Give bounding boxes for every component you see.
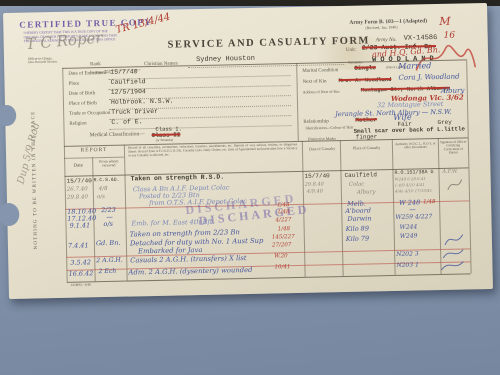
pencil-note: 4/4a 4/10 17/10/41 — [395, 189, 441, 194]
signature-squiggle — [438, 257, 466, 274]
certifying-signature: T C Roper — [25, 30, 103, 53]
report-header: REPORT — [64, 148, 124, 155]
red-folio-number: 1/48 — [423, 200, 435, 206]
row-date: 7.4.41 — [68, 242, 89, 249]
red-folio-number: 10/41 — [274, 265, 290, 271]
nok-handwritten: Cora J. Woodland — [398, 74, 459, 83]
row-place: Kilo 89 — [346, 225, 369, 232]
margin-pencil-note: Dup 5/9 Rod — [17, 122, 43, 186]
row-authority: N202 3 — [396, 251, 419, 258]
red-folio-number: 4/227 — [275, 218, 291, 224]
row-from: 2 Ech — [98, 269, 116, 276]
nok-address-label: Address of Next of Kin — [303, 89, 368, 94]
religion-value: C. of E. — [111, 119, 142, 126]
row-from: Gd. Bn. — [96, 240, 121, 247]
place-label: Place — [69, 82, 80, 87]
red-folio-number: 1/48 — [278, 227, 290, 233]
punch-hole-top — [0, 105, 16, 126]
entry1-place: Caulfield — [344, 172, 377, 179]
marital-handwritten: Married — [398, 62, 431, 71]
pencil-note: 4/8 — [99, 187, 108, 193]
religion-label: Religion — [69, 121, 86, 127]
signature-col-header: Signature of Officer Certifying Correctn… — [439, 140, 468, 154]
row-place: Kilo 79 — [346, 235, 369, 242]
row-authority: — — [409, 207, 416, 214]
entry1-from: R.C.S.&D. — [94, 178, 120, 184]
birth-date-label: Date of Birth — [69, 91, 95, 97]
col-line-5 — [392, 139, 396, 275]
details-divider — [296, 63, 299, 141]
enlistment-date-label: Date of Enlistment — [68, 71, 106, 77]
report-subline — [64, 157, 124, 159]
col-line-4 — [340, 140, 344, 276]
relationship-struck: Mother — [355, 117, 377, 124]
row-report: Casuals 2 A.G.H. (transfers) X list — [130, 255, 246, 265]
cas-date-col-header: Date of Casualty — [304, 147, 340, 152]
distinctive-marks-label: Distinctive Marks — [308, 137, 354, 142]
pencil-note: 1 4/9 4/10 4/41 — [395, 183, 438, 188]
pencil-note: Colac — [349, 183, 365, 189]
entry1-authority: R.O.151/38A G — [394, 170, 433, 176]
entry1-cas-date: 15/7/40 — [304, 173, 329, 180]
form-revision: (Revised, Jan. 1940) — [365, 25, 424, 30]
entry1-date: 15/7/40 — [67, 178, 92, 185]
place-col-header: Place of Casualty — [342, 146, 391, 151]
marital-struck: Single — [354, 65, 376, 72]
pencil-note: o/s — [97, 195, 105, 201]
medical-class-label: Medical Classification— — [90, 132, 145, 139]
row-from: o/s — [103, 221, 113, 228]
nok-label: Next of Kin — [303, 79, 327, 85]
certify-initials: A.F.W. — [442, 170, 457, 176]
row-date: 9.1.41 — [69, 222, 90, 229]
trade-label: Trade or Occupation — [69, 111, 110, 117]
red-16-mark: 16 — [444, 32, 456, 42]
unit-label: Unit: — [346, 48, 356, 53]
birth-date-value: 12/5/1904 — [111, 89, 146, 97]
trade-value: Truck Driver — [111, 109, 158, 117]
signature-squiggle — [445, 175, 465, 193]
pencil-note: 29.8.40 — [67, 195, 88, 201]
red-folio-number: W.20 — [274, 254, 288, 260]
print-code: 14/4892—6/40. — [71, 283, 121, 287]
punch-hole-bottom — [0, 203, 20, 226]
relationship-label: Relationship — [303, 119, 328, 125]
red-folio-number: 1/48 — [277, 210, 289, 216]
row-place: Darwin — [347, 215, 371, 222]
nok-struck: Mrs. A. Woodland — [338, 77, 391, 84]
document-paper: CERTIFIED TRUE COPY I HEREBY CERTIFY THA… — [3, 3, 493, 299]
medical-remarks-caption: (or Remarks) — [156, 138, 200, 142]
frame-right — [466, 59, 471, 273]
row-authority: N203 1 — [396, 262, 419, 269]
birth-place-value: Holbrook. N.S.W. — [111, 99, 174, 107]
place-value: Caulfield — [110, 79, 145, 87]
from-col-header: From whom received — [93, 160, 124, 169]
birth-place-label: Place of Birth — [69, 101, 97, 107]
authority-col-header: Authority W.O.C.L., R.O.'s, or other Doc… — [394, 142, 437, 150]
pencil-note: 4/9.40 — [307, 189, 323, 195]
row-authority: W244 — [400, 224, 418, 231]
distinctive-marks-value: finger — [356, 134, 378, 141]
row-date: 16.6.42 — [68, 270, 93, 277]
row-from: 2 A.G.H. — [96, 258, 123, 265]
red-folio-number: 145/227 — [272, 235, 295, 241]
date-col-header: Date — [64, 163, 92, 169]
red-m-mark: M — [439, 16, 451, 28]
pencil-note: 26.7.40 — [67, 187, 88, 193]
row-report: Adm. 2 A.G.H. (dysentery) wounded — [128, 267, 252, 277]
enlistment-date-value: 15/7/40 — [110, 69, 137, 76]
pencil-note: W248 6 28.6.41 — [395, 177, 438, 182]
pencil-note: Albury — [357, 190, 376, 196]
entry1-report: Taken on strength R.S.D. — [131, 175, 225, 184]
row-authority: W259 4/227 — [395, 214, 432, 221]
red-folio-number: 27/207 — [272, 243, 291, 249]
pencil-note: 29.8.40 — [305, 182, 324, 188]
row-authority: W249 — [400, 233, 418, 240]
report-col-note: Record of all casualties, promotions, re… — [128, 143, 298, 158]
row-date: 3.5.42 — [70, 259, 91, 266]
marital-label: Marital Condition — [302, 68, 338, 74]
